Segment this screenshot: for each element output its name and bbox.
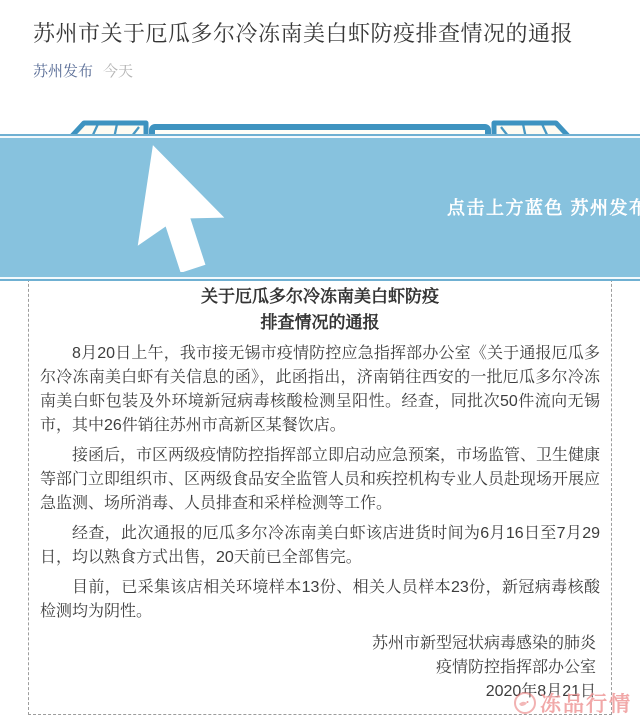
follow-us-pill: 点击上方蓝色 苏州发布 关注我们 xyxy=(0,136,640,279)
signature-org-line1: 苏州市新型冠状病毒感染的肺炎 xyxy=(40,632,596,656)
account-name-link[interactable]: 苏州发布 xyxy=(33,60,93,81)
arrow-up-icon xyxy=(0,142,439,272)
banner-image[interactable]: 点击上方蓝色 苏州发布 关注我们 xyxy=(54,119,586,249)
notice-paragraph: 目前，已采集该店相关环境样本13份、相关人员样本23份，新冠病毒核酸检测均为阴性… xyxy=(40,576,600,624)
notice-paragraph: 8月20日上午，我市接无锡市疫情防控应急指挥部办公室《关于通报厄瓜多尔冷冻南美白… xyxy=(40,342,600,438)
notice-box: 关于厄瓜多尔冷冻南美白虾防疫 排查情况的通报 8月20日上午，我市接无锡市疫情防… xyxy=(28,269,612,715)
page-title: 苏州市关于厄瓜多尔冷冻南美白虾防疫排查情况的通报 xyxy=(33,18,607,49)
notice-signature: 苏州市新型冠状病毒感染的肺炎 疫情防控指挥部办公室 2020年8月21日 xyxy=(40,632,600,704)
notice-heading-line1: 关于厄瓜多尔冷冻南美白虾防疫 xyxy=(40,284,600,310)
publish-time: 今天 xyxy=(103,60,133,81)
notice-paragraph: 经查，此次通报的厄瓜多尔冷冻南美白虾该店进货时间为6月16日至7月29日，均以熟… xyxy=(40,522,600,570)
notice-paragraph: 接函后，市区两级疫情防控指挥部立即启动应急预案，市场监管、卫生健康等部门立即组织… xyxy=(40,444,600,516)
signature-date: 2020年8月21日 xyxy=(40,680,596,704)
notice-heading-line2: 排查情况的通报 xyxy=(40,310,600,336)
follow-pill-label: 点击上方蓝色 苏州发布 关注我们 xyxy=(447,194,640,220)
byline: 苏州发布 今天 xyxy=(33,60,607,81)
signature-org-line2: 疫情防控指挥部办公室 xyxy=(40,656,596,680)
